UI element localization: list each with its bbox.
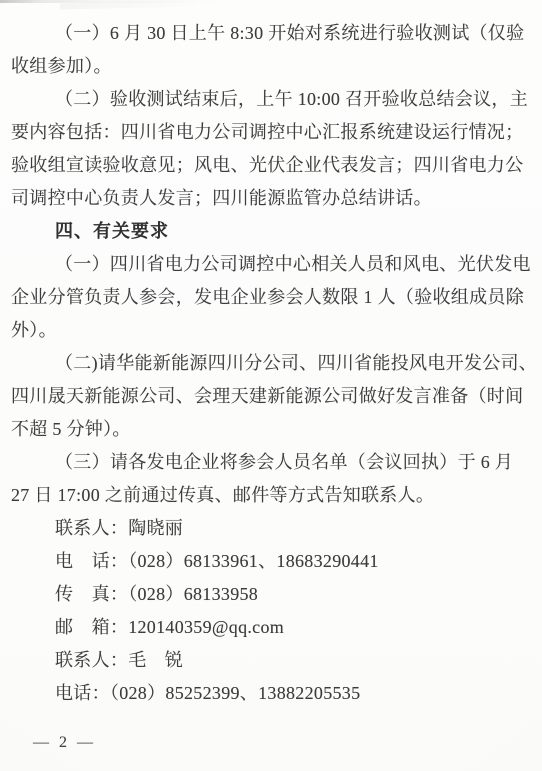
- contact-email-line: 邮 箱：120140359@qq.com: [11, 611, 516, 644]
- document-line: （二）验收测试结束后，上午 10:00 召开验收总结会议，主: [11, 83, 516, 116]
- contact-name-line: 联系人：陶晓丽: [11, 512, 516, 545]
- document-line: 不超 5 分钟）。: [11, 413, 516, 446]
- document-body: （一）6 月 30 日上午 8:30 开始对系统进行验收测试（仅验 收组参加）。…: [11, 17, 516, 710]
- document-line: 27 日 17:00 之前通过传真、邮件等方式告知联系人。: [11, 479, 516, 512]
- document-line: 企业分管负责人参会，发电企业参会人数限 1 人（验收组成员除: [11, 281, 516, 314]
- document-line: （一）6 月 30 日上午 8:30 开始对系统进行验收测试（仅验: [11, 17, 516, 50]
- document-line: 外）。: [11, 314, 516, 347]
- document-line: （三）请各发电企业将参会人员名单（会议回执）于 6 月: [11, 446, 516, 479]
- document-line: 要内容包括：四川省电力公司调控中心汇报系统建设运行情况；: [11, 116, 516, 149]
- contact-phone-line: 电 话：（028）68133961、18683290441: [11, 545, 516, 578]
- contact-phone-line: 电话：（028）85252399、13882205535: [11, 677, 516, 710]
- contact-fax-line: 传 真：（028）68133958: [11, 578, 516, 611]
- document-page: （一）6 月 30 日上午 8:30 开始对系统进行验收测试（仅验 收组参加）。…: [0, 0, 542, 771]
- document-line: 司调控中心负责人发言；四川能源监管办总结讲话。: [11, 182, 516, 215]
- section-heading-requirements: 四、有关要求: [11, 215, 516, 248]
- page-number: — 2 —: [33, 732, 96, 754]
- document-line: （一）四川省电力公司调控中心相关人员和风电、光伏发电: [11, 248, 516, 281]
- document-line: 验收组宣读验收意见；风电、光伏企业代表发言；四川省电力公: [11, 149, 516, 182]
- document-line: 收组参加）。: [11, 50, 516, 83]
- document-line: 四川晟天新能源公司、会理天建新能源公司做好发言准备（时间: [11, 380, 516, 413]
- contact-name-line: 联系人：毛 锐: [11, 644, 516, 677]
- document-line: （二)请华能新能源四川分公司、四川省能投风电开发公司、: [11, 347, 516, 380]
